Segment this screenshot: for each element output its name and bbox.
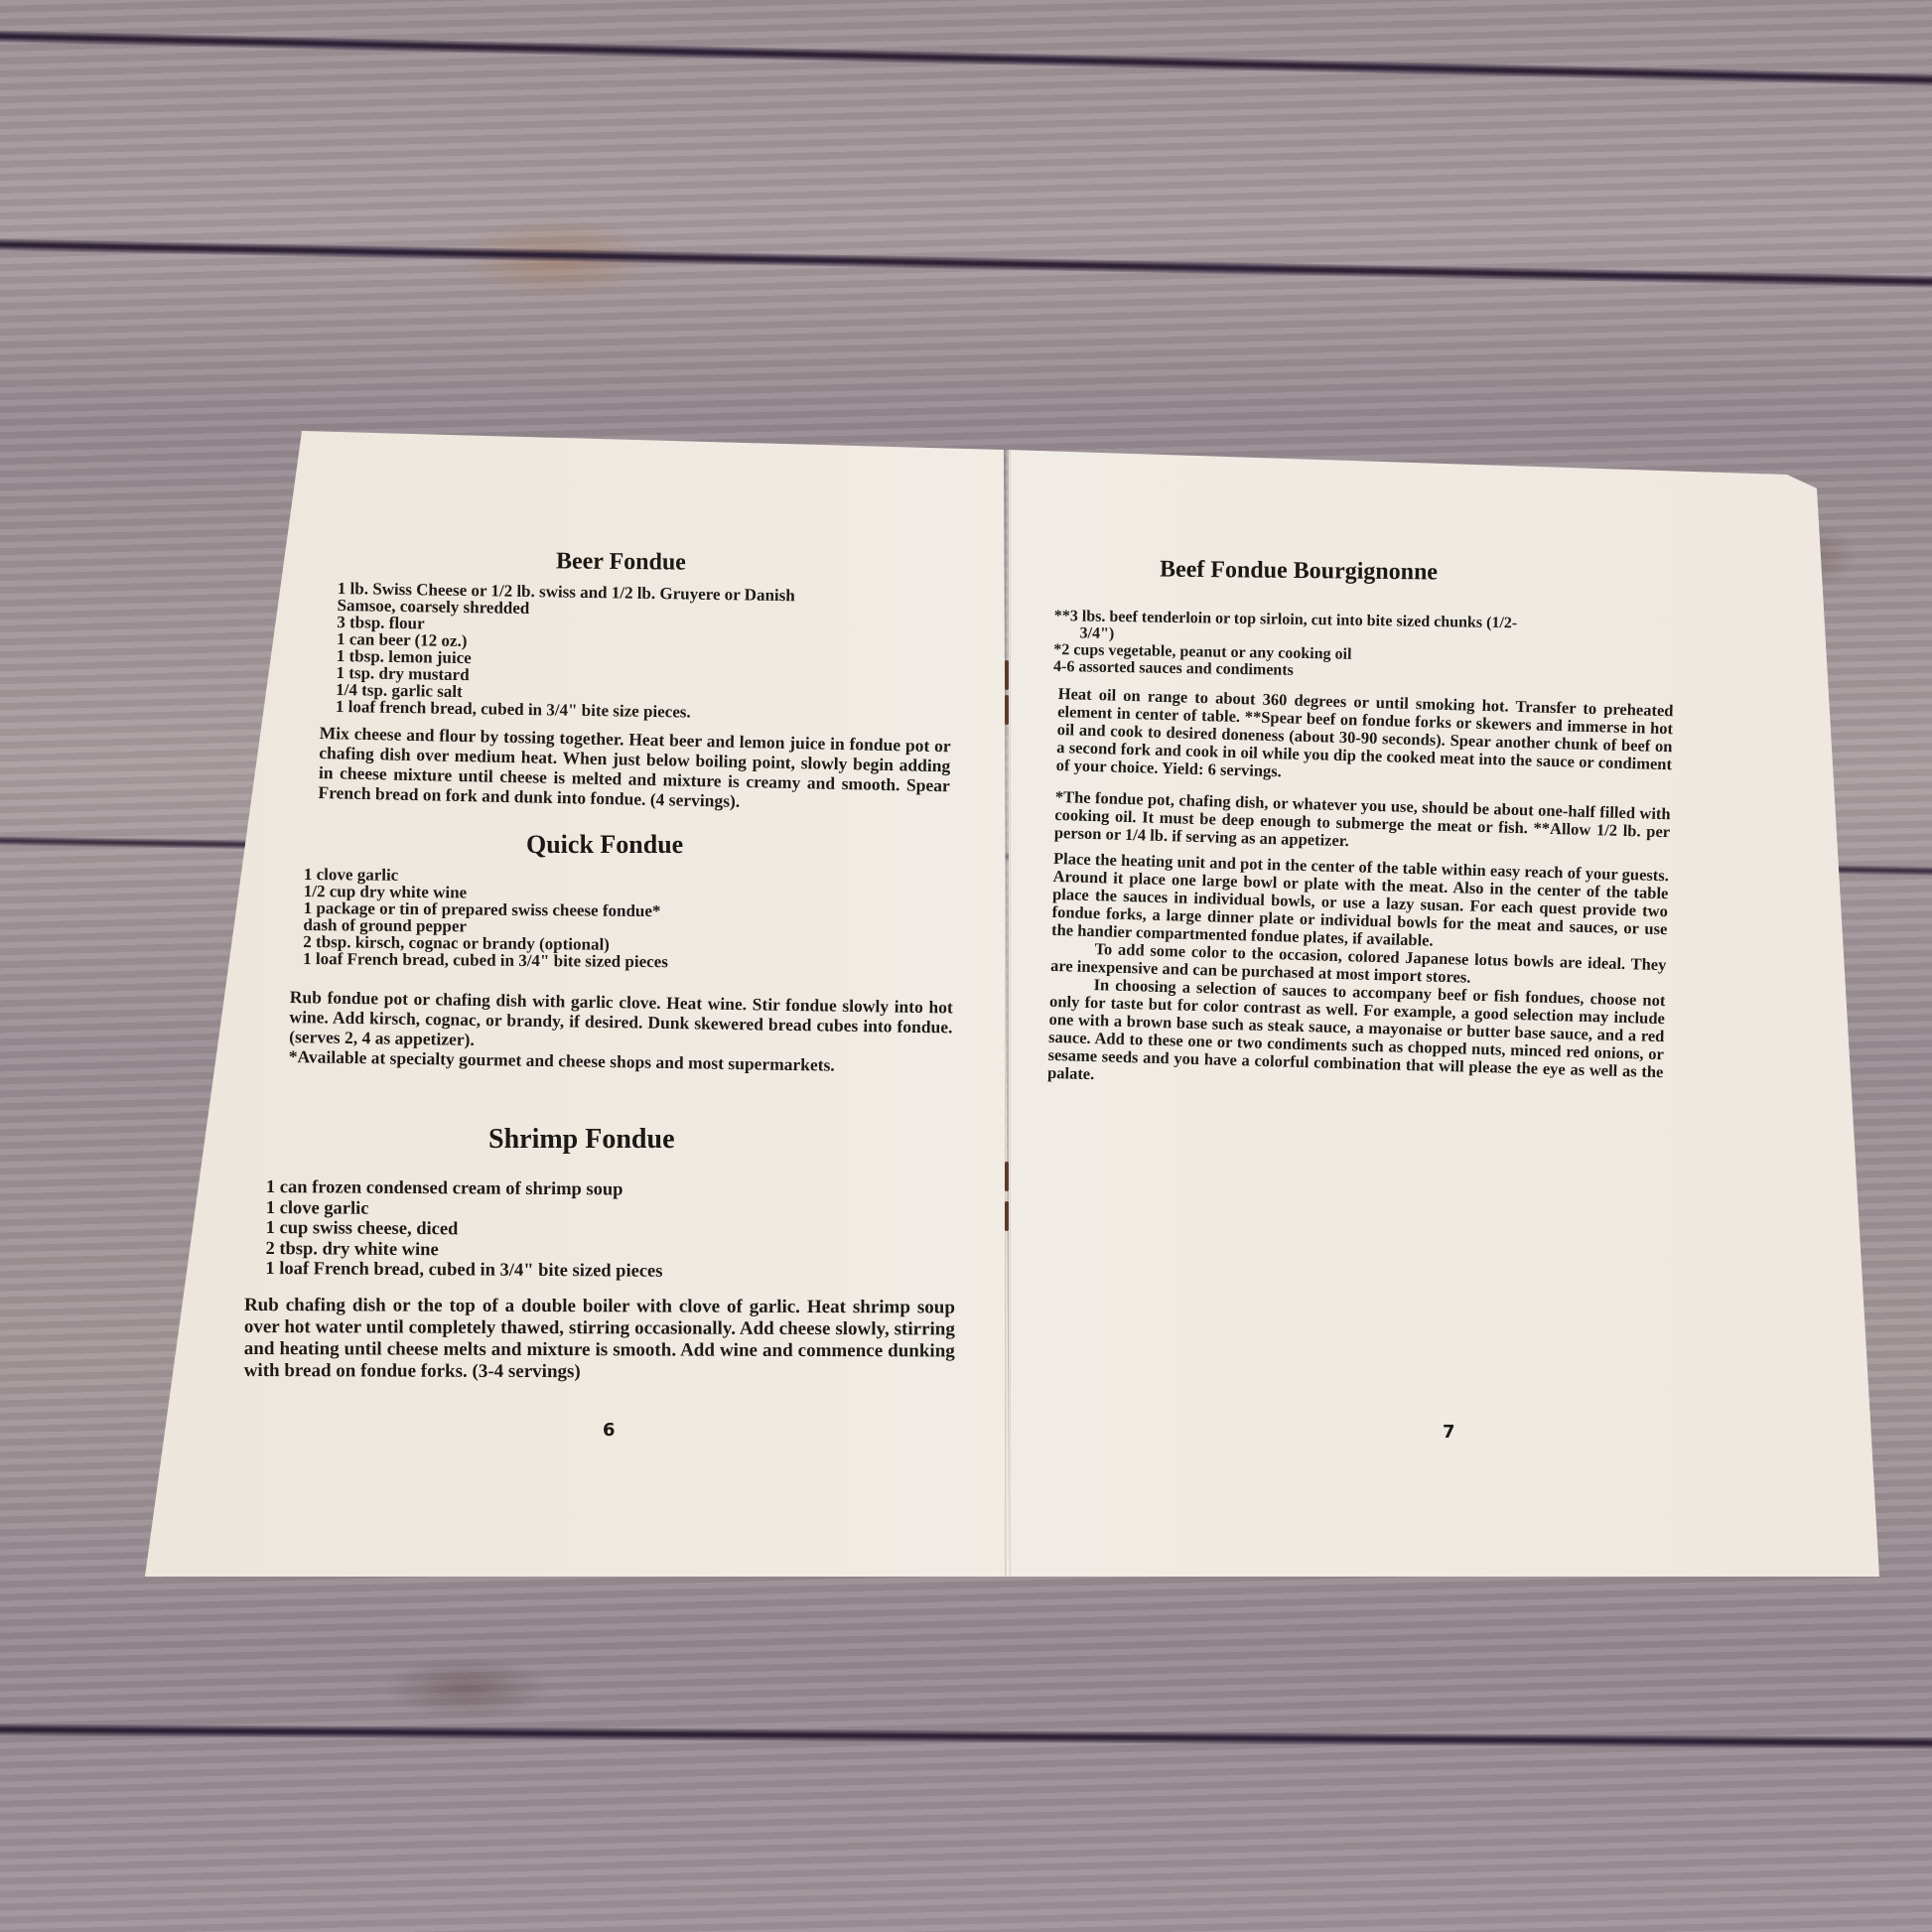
ingredient-list-quick-fondue: 1 clove garlic 1/2 cup dry white wine 1 … bbox=[303, 866, 669, 970]
directions-paragraph: Heat oil on range to about 360 degrees o… bbox=[1055, 685, 1673, 791]
footnote: *The fondue pot, chafing dish, or whatev… bbox=[1054, 788, 1671, 859]
ingredient: 2 tbsp. dry white wine bbox=[265, 1238, 662, 1261]
ingredient: 1 cup swiss cheese, diced bbox=[266, 1218, 663, 1241]
directions-paragraph: Rub fondue pot or chafing dish with garl… bbox=[289, 987, 953, 1056]
ingredient: 1 loaf French bread, cubed in 3/4" bite … bbox=[303, 950, 668, 970]
ingredient: 1 can frozen condensed cream of shrimp s… bbox=[266, 1177, 663, 1200]
staple bbox=[1005, 1162, 1009, 1191]
page-number-left: 6 bbox=[603, 1420, 616, 1441]
page-number-right: 7 bbox=[1443, 1422, 1455, 1443]
staple bbox=[1005, 1201, 1009, 1231]
sauce-tips-paragraph: In choosing a selection of sauces to acc… bbox=[1047, 975, 1666, 1099]
directions-beef-fondue: Heat oil on range to about 360 degrees o… bbox=[1047, 685, 1674, 1099]
directions-shrimp-fondue: Rub chafing dish or the top of a double … bbox=[244, 1295, 955, 1384]
booklet-spine bbox=[1005, 450, 1011, 1577]
ingredient: 1 clove garlic bbox=[266, 1197, 663, 1220]
recipe-title-beef-fondue-bourgignonne: Beef Fondue Bourgignonne bbox=[1160, 557, 1438, 587]
directions-beer-fondue: Mix cheese and flour by tossing together… bbox=[318, 723, 951, 815]
ingredient-list-beer-fondue: 1 lb. Swiss Cheese or 1/2 lb. swiss and … bbox=[336, 580, 795, 722]
recipe-title-beer-fondue: Beer Fondue bbox=[556, 548, 686, 576]
recipe-title-shrimp-fondue: Shrimp Fondue bbox=[488, 1124, 675, 1156]
staple bbox=[1005, 660, 1009, 690]
ingredient-list-beef-fondue: **3 lbs. beef tenderloin or top sirloin,… bbox=[1053, 608, 1517, 682]
staple bbox=[1005, 695, 1009, 725]
directions-quick-fondue: Rub fondue pot or chafing dish with garl… bbox=[289, 987, 953, 1076]
ingredient-list-shrimp-fondue: 1 can frozen condensed cream of shrimp s… bbox=[265, 1177, 663, 1282]
recipe-booklet: Beer Fondue 1 lb. Swiss Cheese or 1/2 lb… bbox=[0, 0, 1932, 1932]
recipe-title-quick-fondue: Quick Fondue bbox=[526, 830, 683, 860]
ingredient: 1 loaf French bread, cubed in 3/4" bite … bbox=[265, 1259, 662, 1282]
